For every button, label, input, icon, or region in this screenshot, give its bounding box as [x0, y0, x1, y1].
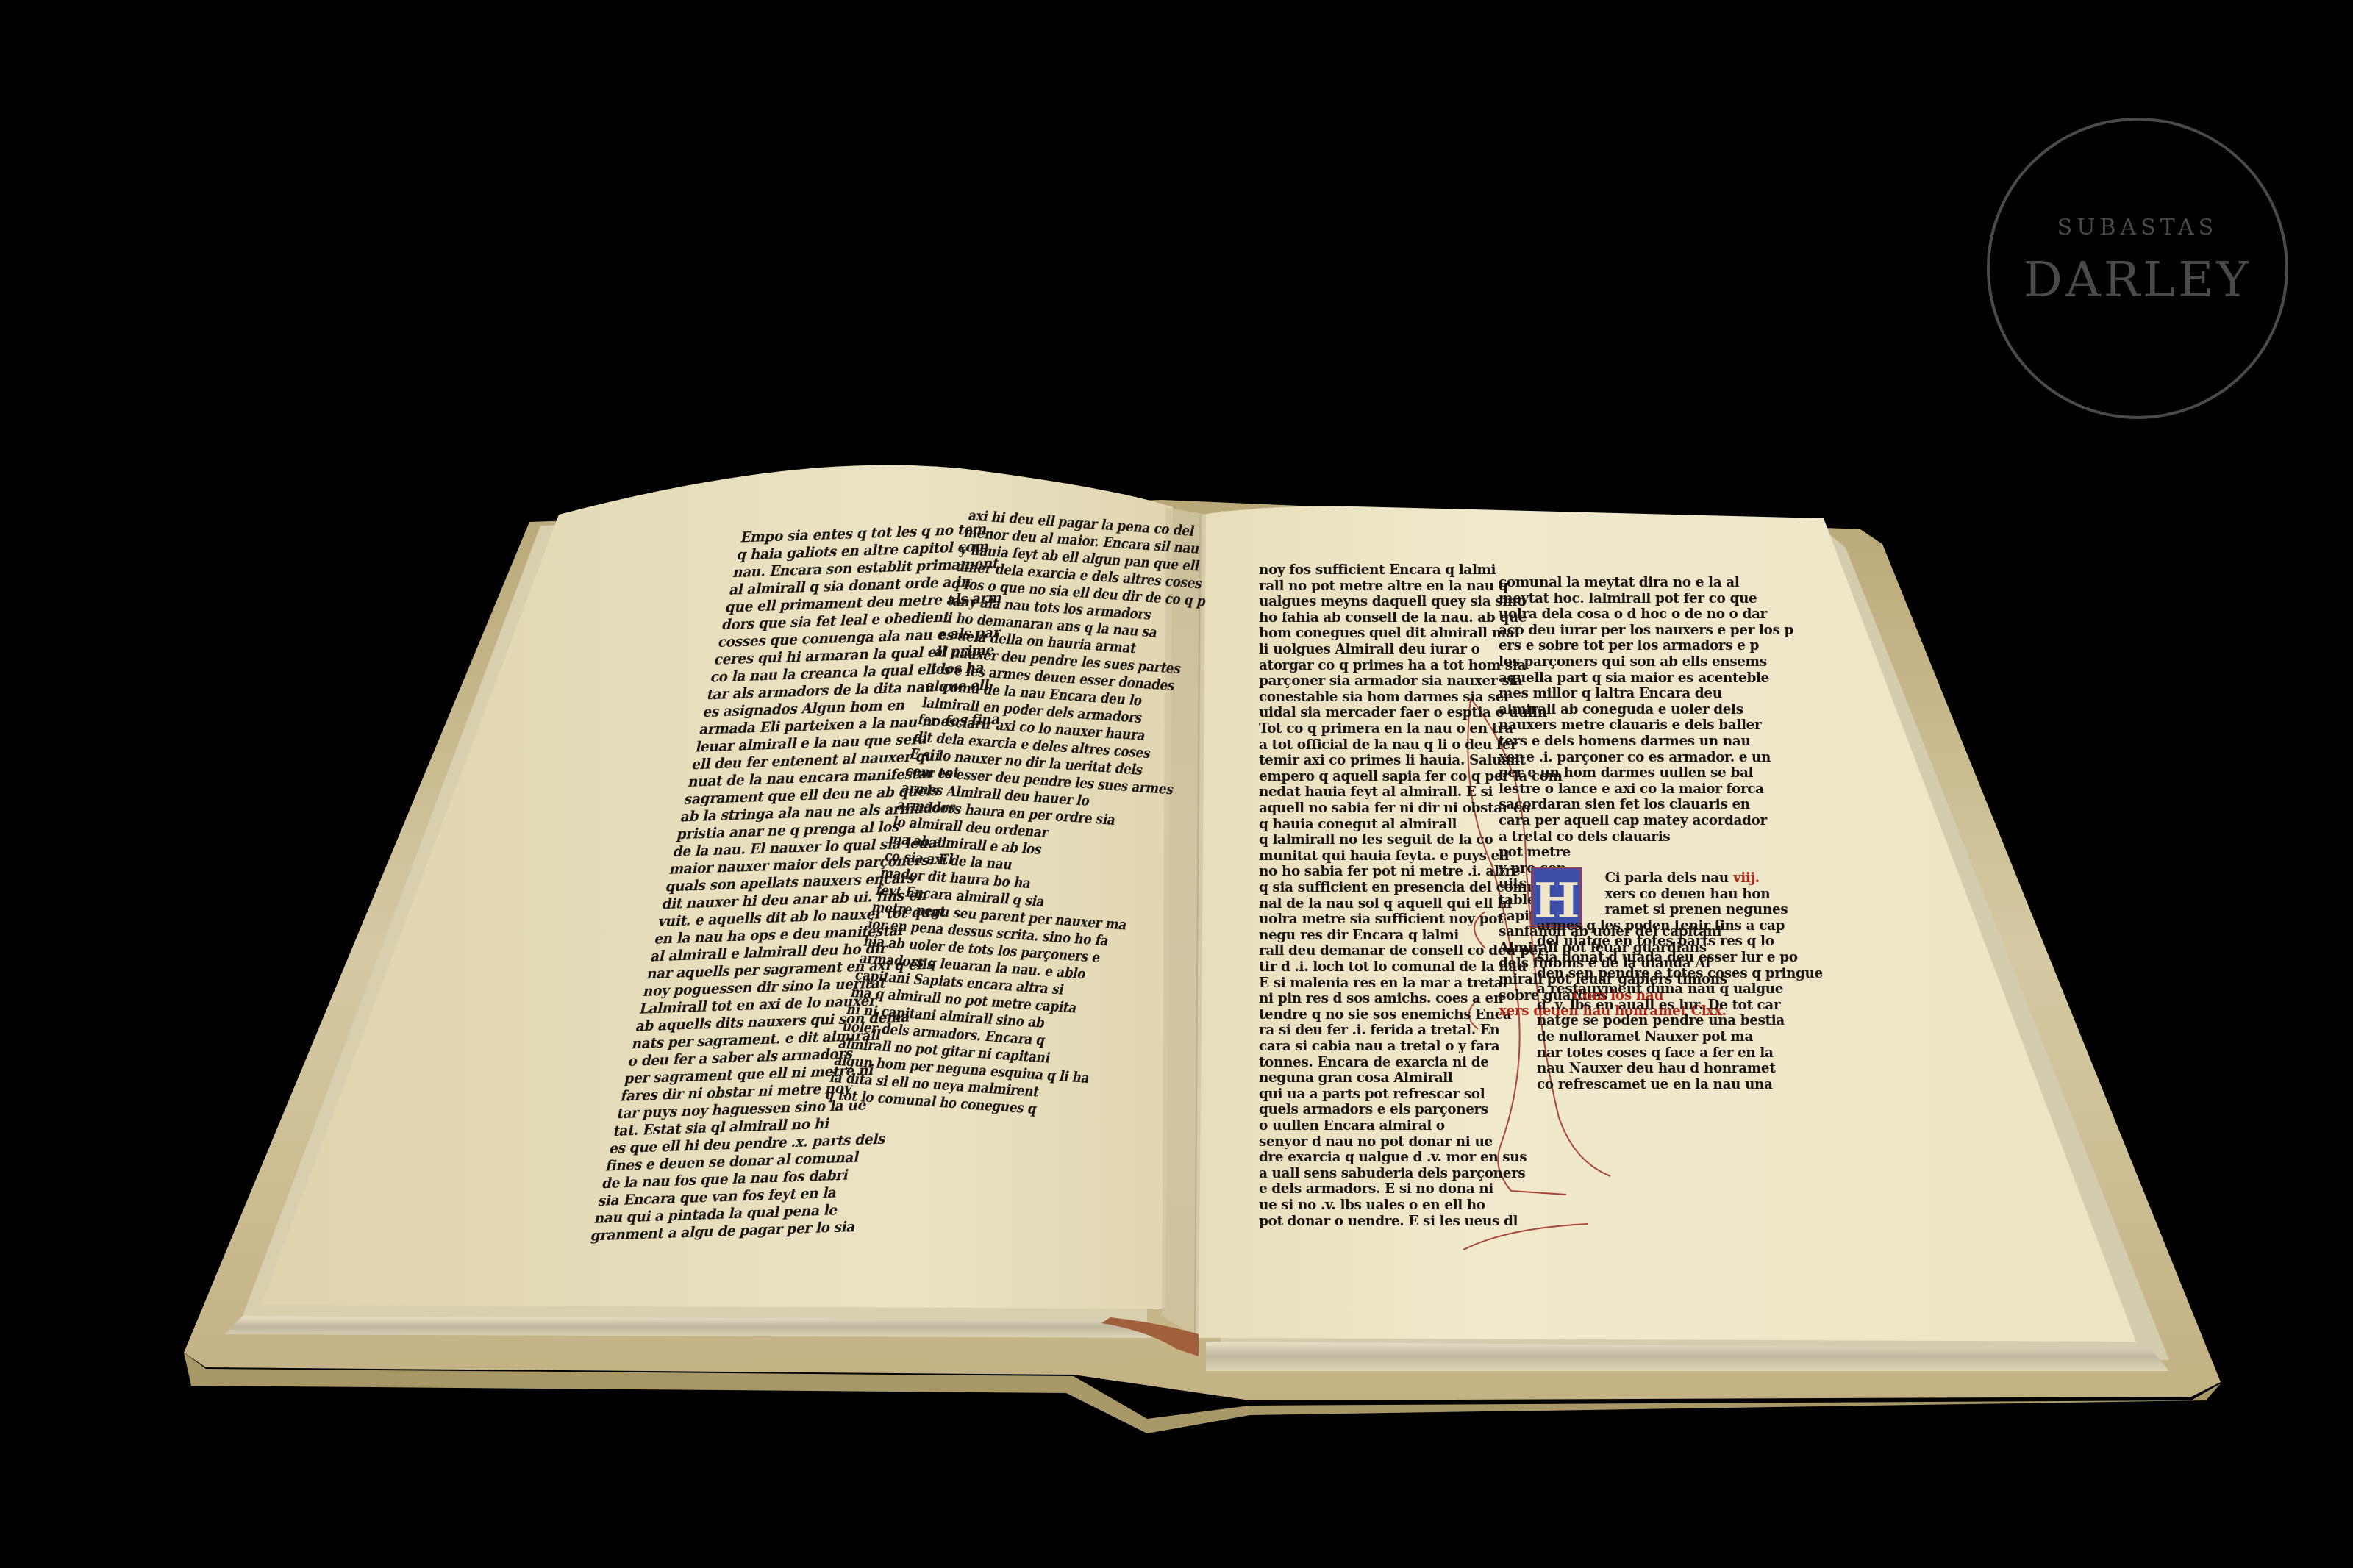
text-line: nauxers metre clauaris e dels baller [1499, 717, 1793, 734]
text-line: natge se poden pendre una bestia [1537, 1013, 1823, 1029]
text-line: qui ua a parts pot refrescar sol [1259, 1086, 1563, 1103]
text-line: den sen pendre e totes coses q pringue [1537, 966, 1823, 982]
text-line: a uall sens sabuderia dels parçoners [1259, 1166, 1563, 1182]
text-line: de nulloramet Nauxer pot ma [1537, 1029, 1823, 1045]
text-line: quels armadors e els parçoners [1259, 1102, 1563, 1118]
subastas-darley-watermark: SUBASTAS DARLEY [1987, 118, 2288, 419]
text-line: pot donar o uendre. E si les ueus dl [1259, 1214, 1563, 1230]
text-line: comunal la meytat dira no e la al [1499, 575, 1793, 591]
text-line: almirall ab conegudа e uoler dels [1499, 702, 1793, 718]
text-line: uolra dela cosa o d hoc o de no o dar [1499, 606, 1793, 623]
watermark-line-2: DARLEY [1990, 251, 2285, 308]
text-line: armes q les poden tenir fins a cap [1537, 918, 1823, 934]
text-line: ra si deu fer .i. ferida a tretal. En [1259, 1023, 1563, 1039]
text-line: senyor d nau no pot donar ni ue [1259, 1134, 1563, 1150]
text-line: xers co deuen hau hon [1537, 887, 1823, 903]
text-line: Ci parla dels nau viij. [1537, 870, 1823, 887]
text-line: nau Nauxer deu hau d honramet [1537, 1061, 1823, 1077]
text-line: aco deu iurar per los nauxers e per los … [1499, 623, 1793, 639]
text-line: per e un hom darmes uullen se bal [1499, 765, 1793, 781]
text-line: d .v. lbs en auall es lur. De tot car [1537, 998, 1823, 1014]
text-line: co refrescamet ue en la nau una [1537, 1077, 1823, 1093]
text-line: e dels armadors. E si no dona ni [1259, 1181, 1563, 1198]
text-line: mes millor q laltra Encara deu [1499, 686, 1793, 702]
text-line: ters e dels homens darmes un nau [1499, 734, 1793, 750]
text-line: a tretal co dels clauaris [1499, 829, 1793, 845]
text-line: pot metre [1499, 845, 1793, 861]
text-line: sacordaran sien fet los clauaris en [1499, 797, 1793, 813]
text-line: dre exarcia q ualgue d .v. mor en sus [1259, 1150, 1563, 1166]
text-line: los parçoners qui son ab ells ensems [1499, 654, 1793, 670]
right-page-column-2-continued: Ci parla dels nau viij. xers co deuen ha… [1537, 870, 1823, 1092]
text-line: nar totes coses q face a fer en la [1537, 1045, 1823, 1062]
text-line: neguna gran cosa Almirall [1259, 1070, 1563, 1086]
text-line: meytat hoc. lalmirall pot fer co que [1499, 591, 1793, 607]
text-line: o uullen Encara almiral o [1259, 1118, 1563, 1134]
text-line: aquella part q sia maior es acenteble [1499, 670, 1793, 687]
text-line: sia donat d uiada deu esser lur e po [1537, 950, 1823, 966]
text-line: del uiatge en totes parts res q lo [1537, 934, 1823, 950]
text-line: cara per aquell cap matey acordador [1499, 813, 1793, 829]
text-line: xer e .i. parçoner co es armador. e un [1499, 750, 1793, 766]
text-line: tonnes. Encara de exarcia ni de [1259, 1055, 1563, 1071]
text-line: ers e sobre tot per los armadors e p [1499, 638, 1793, 654]
photo-stage: Empo sia entes q tot les q no tem q haia… [0, 0, 2353, 1568]
text-line: lestre o lance e axi co la maior forca [1499, 781, 1793, 798]
watermark-line-1: SUBASTAS [1990, 215, 2285, 240]
text-line: a restauyment duna nau q ualgue [1537, 981, 1823, 998]
text-line: ue si no .v. lbs uales o en ell ho [1259, 1198, 1563, 1214]
text-line: cara si cabia nau a tretal o y fara [1259, 1039, 1563, 1055]
text-line: ramet si prenen negunes [1537, 902, 1823, 918]
